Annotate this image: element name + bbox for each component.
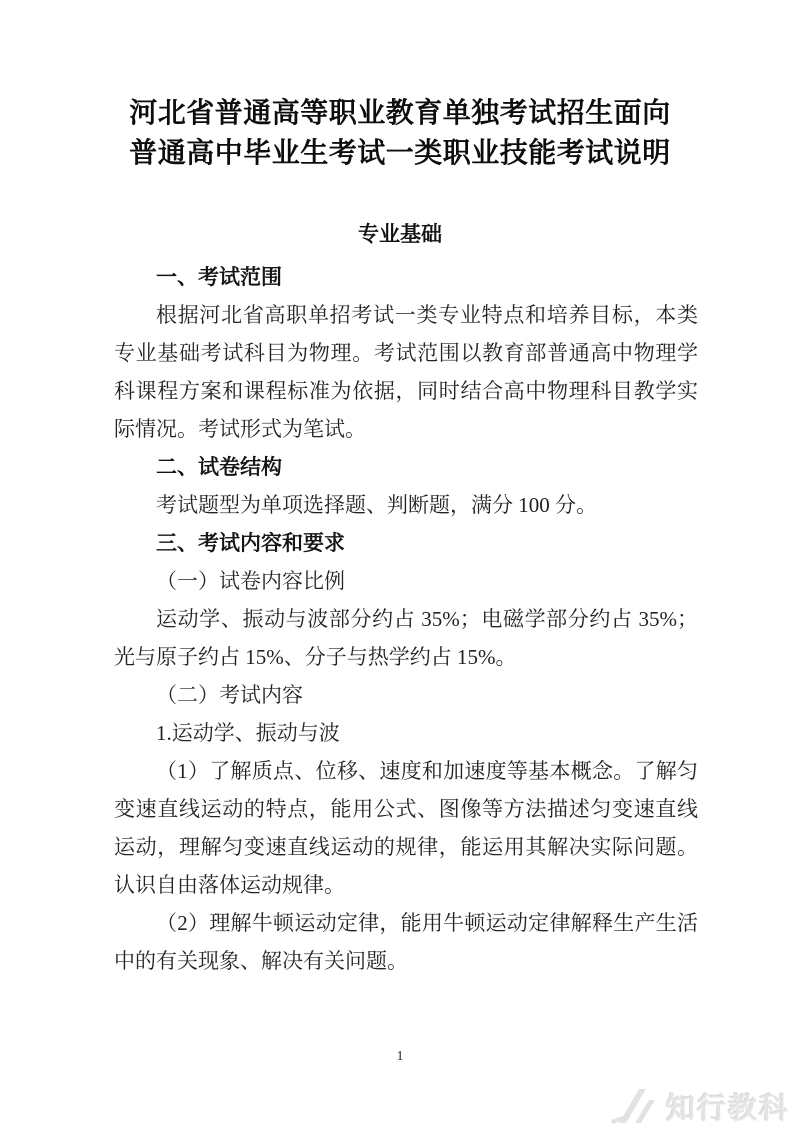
page-number: 1	[0, 1049, 800, 1065]
zhixing-logo-icon	[611, 1087, 661, 1127]
paragraph: （2）理解牛顿运动定律，能用牛顿运动定律解释生产生活中的有关现象、解决有关问题。	[114, 904, 698, 980]
section-heading: 一、考试范围	[114, 258, 698, 296]
document-title: 河北省普通高等职业教育单独考试招生面向 普通高中毕业生考试一类职业技能考试说明	[0, 0, 800, 174]
document-page: 河北省普通高等职业教育单独考试招生面向 普通高中毕业生考试一类职业技能考试说明 …	[0, 0, 800, 1131]
paragraph: 1.运动学、振动与波	[114, 714, 698, 752]
paragraph: 运动学、振动与波部分约占 35%；电磁学部分约占 35%；光与原子约占 15%、…	[114, 600, 698, 676]
paragraph: （二）考试内容	[114, 676, 698, 714]
document-title-line2: 普通高中毕业生考试一类职业技能考试说明	[0, 134, 800, 174]
paragraph: 考试题型为单项选择题、判断题，满分 100 分。	[114, 486, 698, 524]
watermark: 知行教科	[611, 1086, 790, 1127]
paragraph: 根据河北省高职单招考试一类专业特点和培养目标，本类专业基础考试科目为物理。考试范…	[114, 296, 698, 448]
watermark-label: 知行教科	[666, 1086, 790, 1127]
section-heading: 三、考试内容和要求	[114, 524, 698, 562]
paragraph: （1）了解质点、位移、速度和加速度等基本概念。了解匀变速直线运动的特点，能用公式…	[114, 752, 698, 904]
subject-heading: 专业基础	[0, 220, 800, 250]
section-heading: 二、试卷结构	[114, 448, 698, 486]
document-body: 一、考试范围根据河北省高职单招考试一类专业特点和培养目标，本类专业基础考试科目为…	[114, 258, 698, 980]
paragraph: （一）试卷内容比例	[114, 562, 698, 600]
document-title-line1: 河北省普通高等职业教育单独考试招生面向	[0, 94, 800, 134]
